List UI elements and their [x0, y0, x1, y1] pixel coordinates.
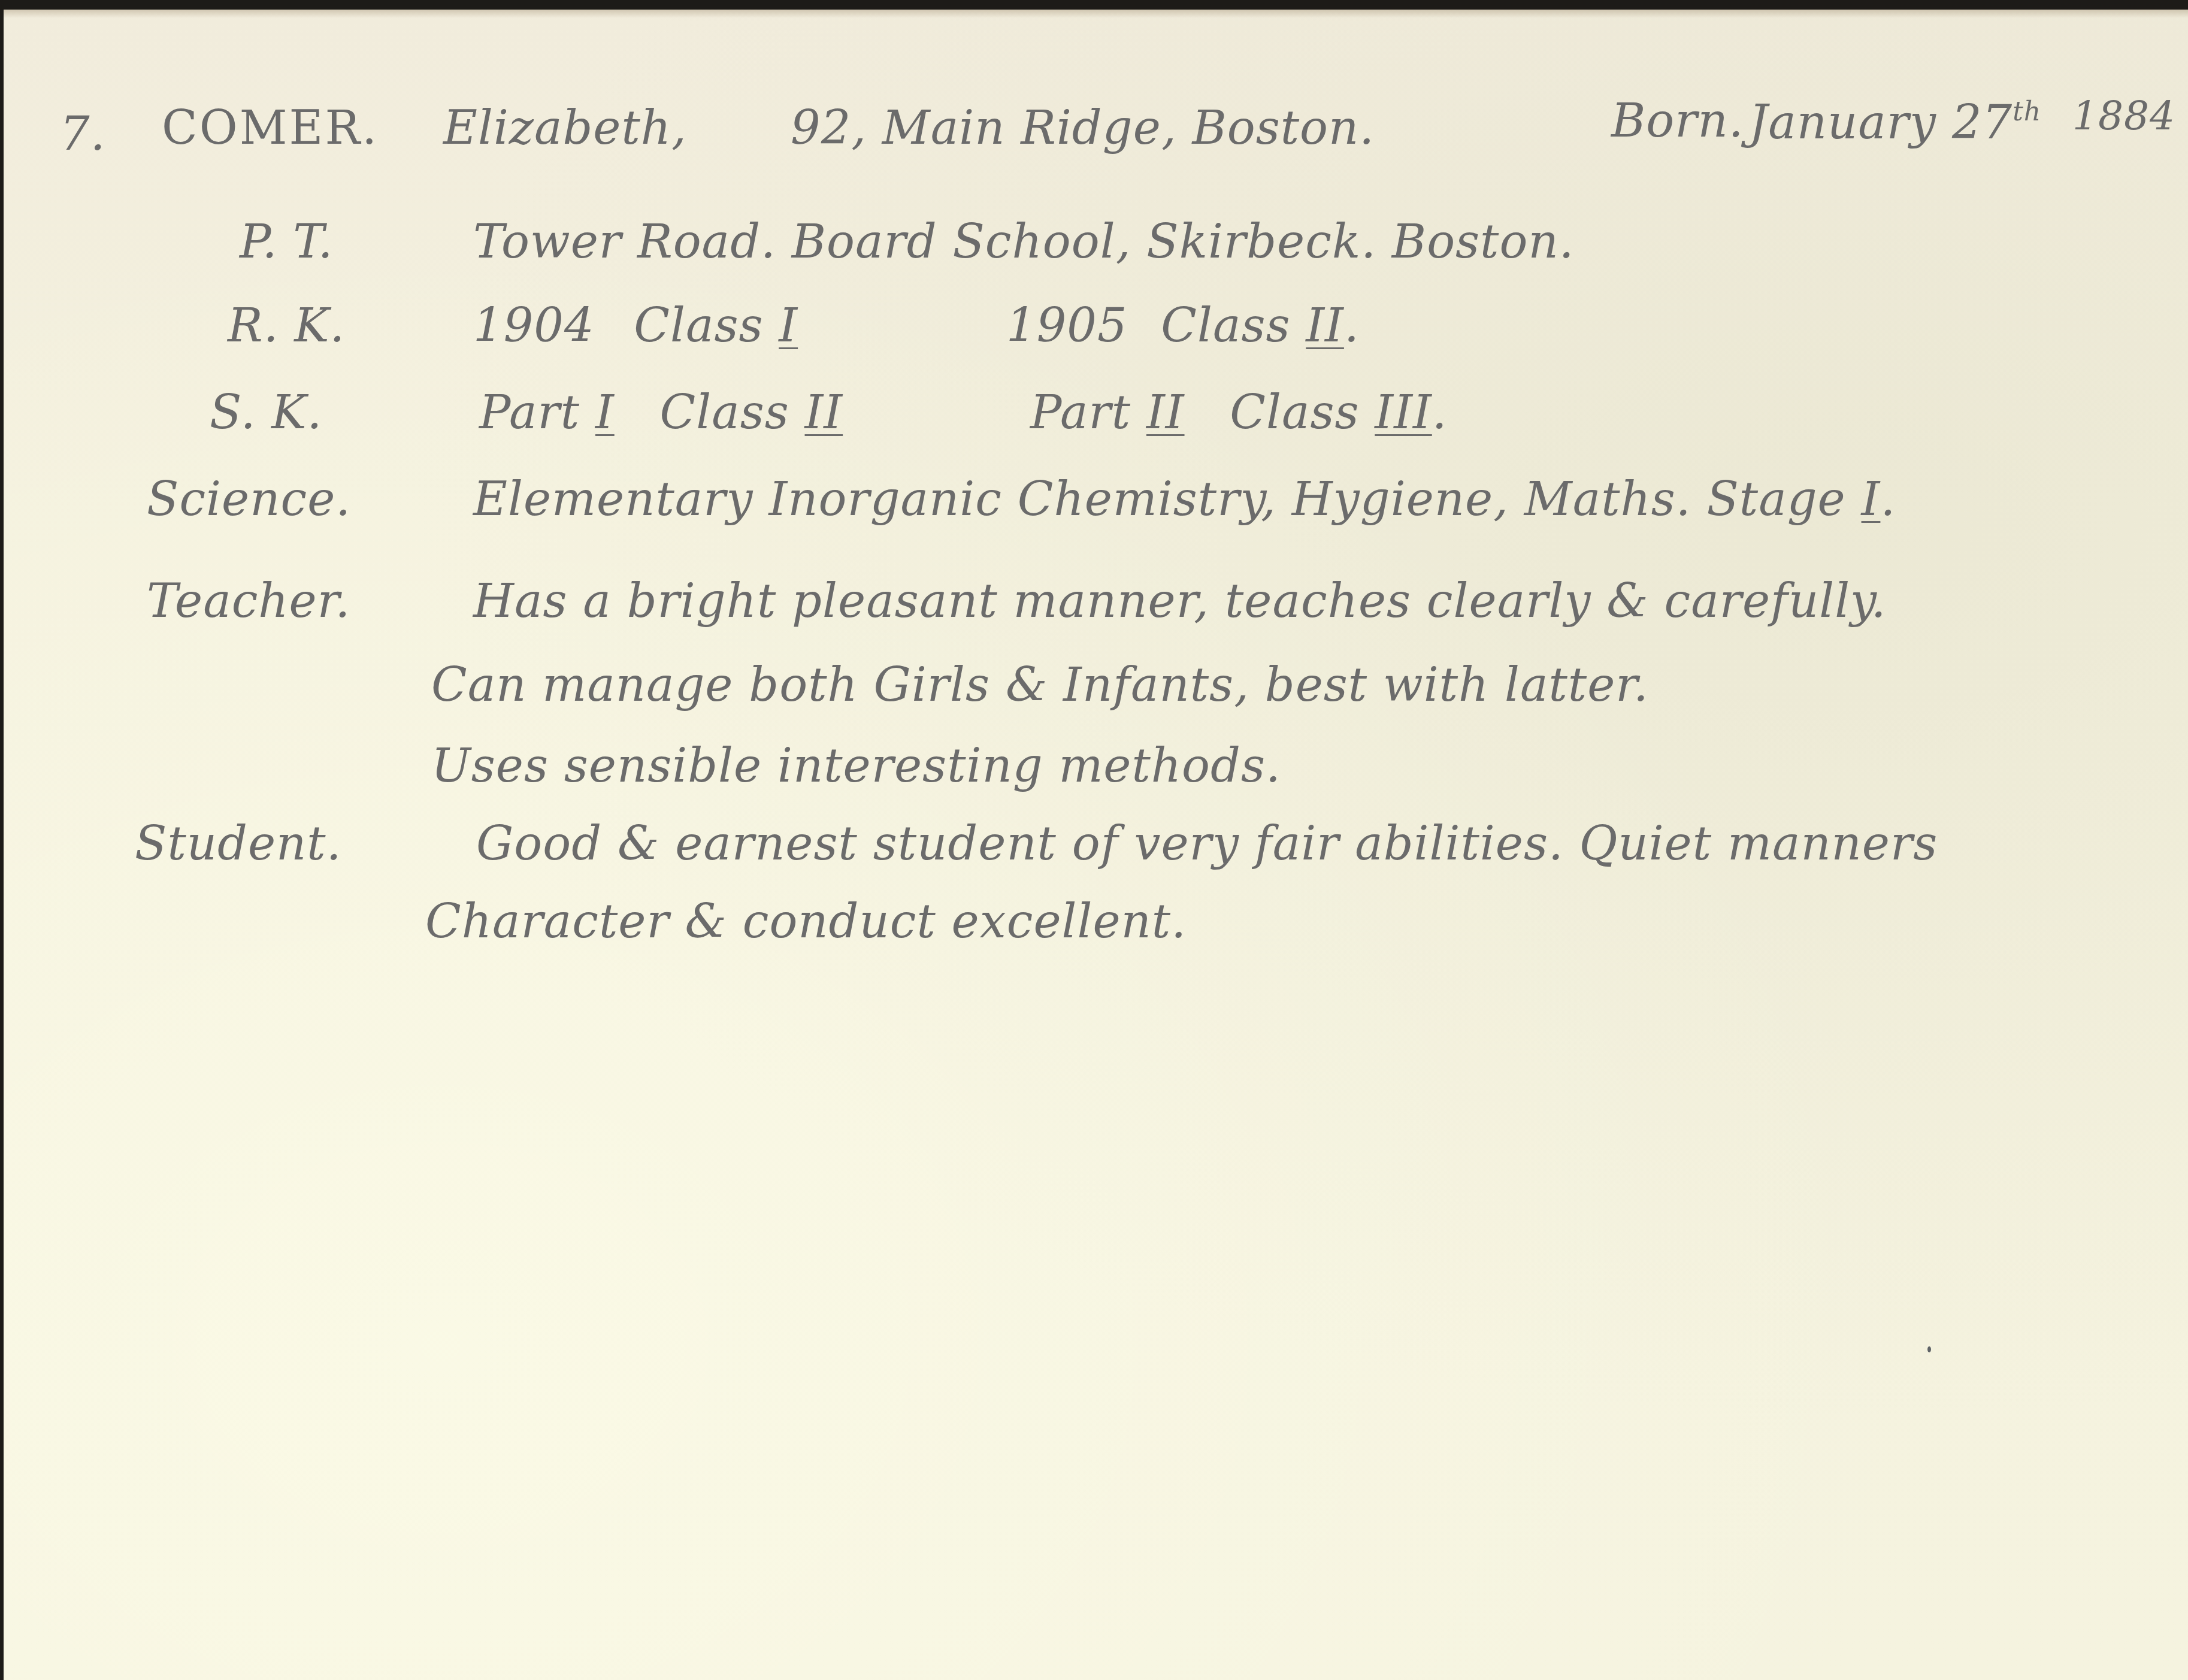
student-line-1: Good & earnest student of very fair abil…	[476, 821, 1938, 867]
sk-class-num-1: II	[805, 386, 843, 440]
row-science-text: Elementary Inorganic Chemistry, Hygiene,…	[473, 476, 1896, 523]
address: 92, Main Ridge, Boston.	[791, 105, 1375, 152]
sk-part-label-2: Part	[1030, 386, 1131, 440]
row-rk-label: R. K.	[228, 302, 345, 349]
paper-edge-shadow	[4, 10, 2188, 18]
row-pt-text: Tower Road. Board School, Skirbeck. Bost…	[473, 219, 1574, 265]
row-teacher-cont-2: Uses sensible interesting methods.	[0, 743, 2188, 803]
science-stage-num: I	[1862, 473, 1881, 526]
entry-number: 7.	[60, 111, 105, 158]
born-year: 1884	[2072, 96, 2175, 136]
entry-header-line: 7. COMER. Elizabeth, 92, Main Ridge, Bos…	[0, 105, 2188, 165]
row-rk: R. K. 1904 Class I 1905 Class II.	[0, 302, 2188, 362]
rk-class-num-2: II	[1306, 299, 1344, 353]
sk-class-label-1: Class	[660, 386, 789, 440]
row-pt-label: P. T.	[240, 219, 334, 265]
paper-speck	[1927, 1346, 1931, 1352]
sk-part-num-2: II	[1146, 386, 1185, 440]
science-subjects: Elementary Inorganic Chemistry, Hygiene,…	[473, 473, 1846, 526]
sk-trailing: .	[1432, 386, 1448, 440]
teacher-line-1: Has a bright pleasant manner, teaches cl…	[473, 578, 1887, 625]
sk-part-num-1: I	[595, 386, 615, 440]
rk-class-num-1: I	[779, 299, 798, 353]
sk-part-label-1: Part	[479, 386, 580, 440]
row-teacher: Teacher. Has a bright pleasant manner, t…	[0, 578, 2188, 638]
row-sk-label: S. K.	[210, 389, 322, 436]
row-pt: P. T. Tower Road. Board School, Skirbeck…	[0, 219, 2188, 279]
teacher-line-3: Uses sensible interesting methods.	[431, 743, 1281, 789]
rk-year-2: 1905	[1006, 299, 1128, 353]
row-student: Student. Good & earnest student of very …	[0, 821, 2188, 880]
born-label: Born.	[1611, 98, 1744, 144]
row-rk-entry-1: 1904 Class I	[473, 302, 798, 349]
student-line-2: Character & conduct excellent.	[425, 898, 1187, 945]
row-student-cont-1: Character & conduct excellent.	[0, 898, 2188, 958]
science-trailing: .	[1880, 473, 1896, 526]
forename: Elizabeth,	[443, 105, 687, 152]
row-sk-entry-2: Part II Class III.	[1030, 389, 1448, 436]
sk-class-num-2: III	[1375, 386, 1432, 440]
row-science-label: Science.	[147, 476, 351, 523]
teacher-line-2: Can manage both Girls & Infants, best wi…	[431, 662, 1649, 709]
row-sk: S. K. Part I Class II Part II Class III.	[0, 389, 2188, 449]
row-teacher-cont-1: Can manage both Girls & Infants, best wi…	[0, 662, 2188, 722]
born-date-day: January 27	[1749, 96, 2013, 150]
born-date-ordinal: th	[2013, 96, 2041, 127]
row-rk-entry-2: 1905 Class II.	[1006, 302, 1360, 349]
sk-class-label-2: Class	[1230, 386, 1359, 440]
rk-year-1: 1904	[473, 299, 595, 353]
surname: COMER.	[162, 105, 379, 152]
row-science: Science. Elementary Inorganic Chemistry,…	[0, 476, 2188, 536]
rk-class-label-1: Class	[634, 299, 763, 353]
rk-trailing: .	[1344, 299, 1360, 353]
row-teacher-label: Teacher.	[147, 578, 350, 625]
rk-class-label-2: Class	[1161, 299, 1290, 353]
row-sk-entry-1: Part I Class II	[479, 389, 843, 436]
row-student-label: Student.	[135, 821, 341, 867]
born-date: January 27th	[1749, 99, 2041, 146]
